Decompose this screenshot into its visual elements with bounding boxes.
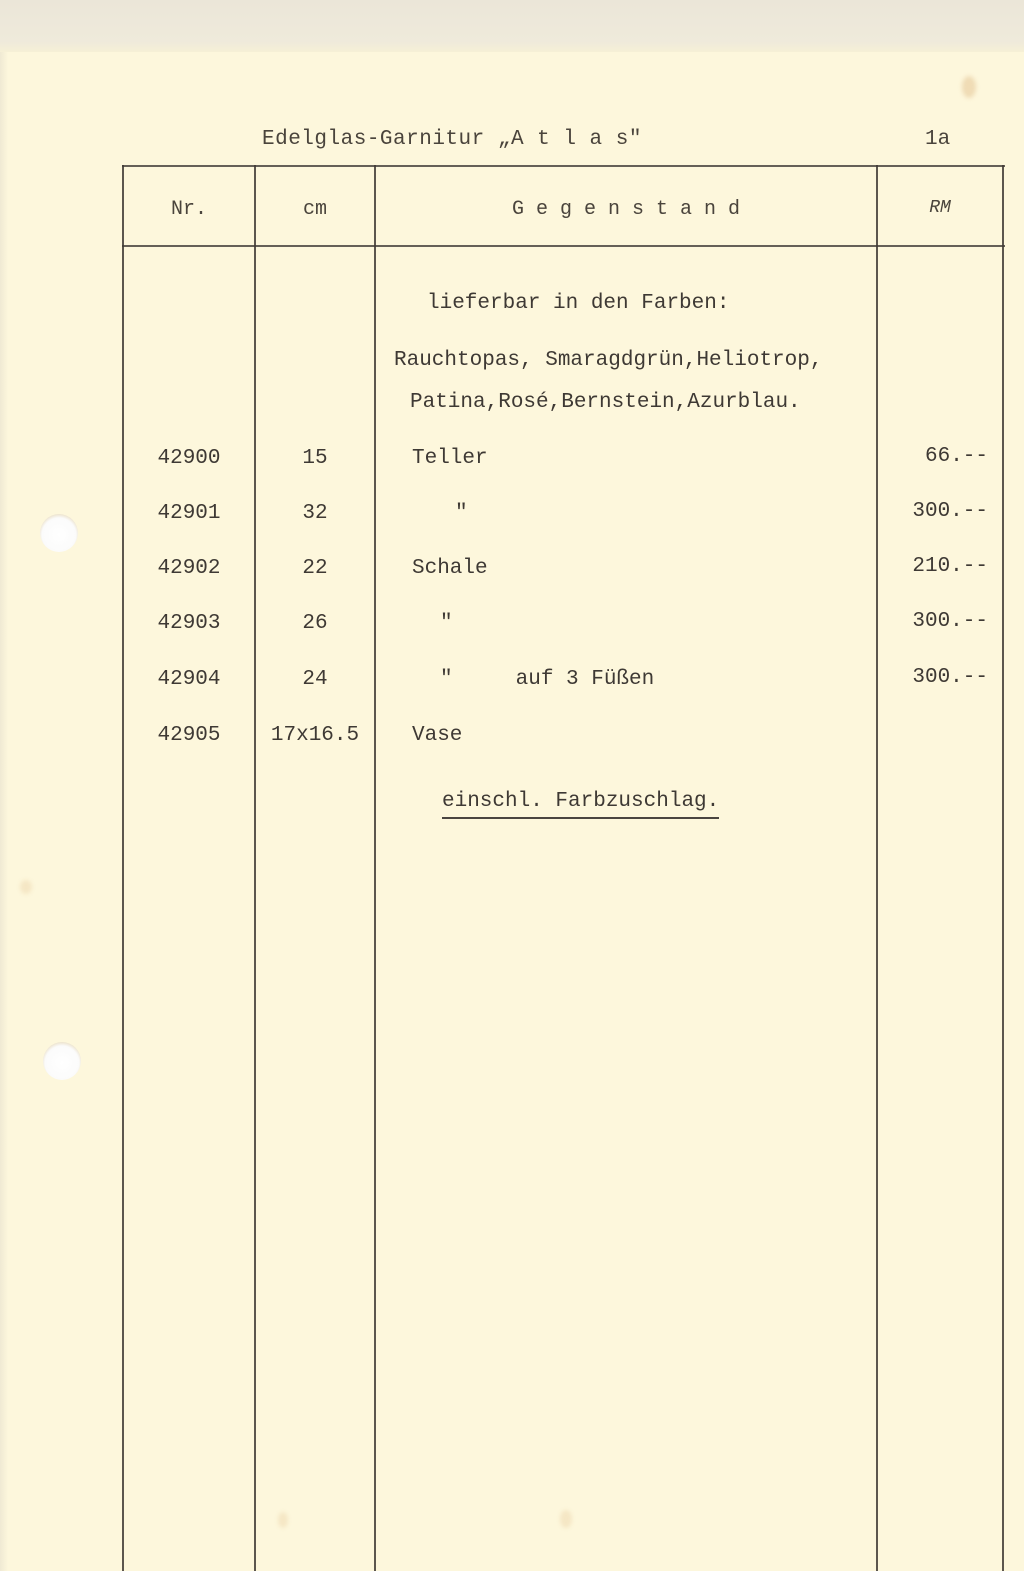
header-price: RM: [878, 198, 1002, 218]
item-description: Vase: [412, 724, 462, 747]
column-divider-nr-cm: [254, 165, 256, 1571]
paper-stain: [962, 76, 976, 98]
color-intro: lieferbar in den Farben:: [427, 292, 729, 315]
header-item: G e g e n s t a n d: [376, 198, 876, 221]
item-price: 300.--: [878, 610, 988, 633]
item-price: 210.--: [878, 555, 988, 578]
item-size: 32: [256, 502, 374, 525]
paper-stain: [560, 1510, 572, 1528]
item-number: 42902: [124, 557, 254, 580]
table-left-border: [122, 165, 124, 1571]
item-price: 300.--: [878, 666, 988, 689]
item-description: ": [455, 502, 468, 525]
page-number: 1a: [925, 128, 950, 151]
item-size: 15: [256, 447, 374, 470]
color-list-line-2: Patina,Rosé,Bernstein,Azurblau.: [410, 391, 801, 414]
item-size: 17x16.5: [256, 724, 374, 747]
paper-stain: [20, 880, 32, 894]
punch-hole: [43, 1042, 81, 1080]
item-price: 300.--: [878, 500, 988, 523]
column-divider-item-price: [876, 165, 878, 1571]
item-number: 42900: [124, 447, 254, 470]
header-nr: Nr.: [124, 198, 254, 221]
paper-edge: [0, 52, 8, 1571]
column-divider-cm-item: [374, 165, 376, 1571]
item-number: 42904: [124, 668, 254, 691]
item-size: 22: [256, 557, 374, 580]
header-cm: cm: [256, 198, 374, 221]
item-number: 42903: [124, 612, 254, 635]
item-number: 42905: [124, 724, 254, 747]
item-description: Schale: [412, 557, 488, 580]
item-description: " auf 3 Füßen: [440, 668, 654, 691]
scanner-background: [0, 0, 1024, 52]
item-number: 42901: [124, 502, 254, 525]
table-right-border: [1002, 165, 1004, 1571]
document-title: Edelglas-Garnitur „A t l a s": [262, 128, 642, 151]
color-list-line-1: Rauchtopas, Smaragdgrün,Heliotrop,: [394, 349, 822, 372]
item-description: ": [440, 612, 453, 635]
paper-stain: [278, 1512, 288, 1528]
item-description: Teller: [412, 447, 488, 470]
item-size: 24: [256, 668, 374, 691]
punch-hole: [40, 514, 78, 552]
item-price: 66.--: [878, 445, 988, 468]
surcharge-note: einschl. Farbzuschlag.: [442, 790, 719, 819]
item-size: 26: [256, 612, 374, 635]
